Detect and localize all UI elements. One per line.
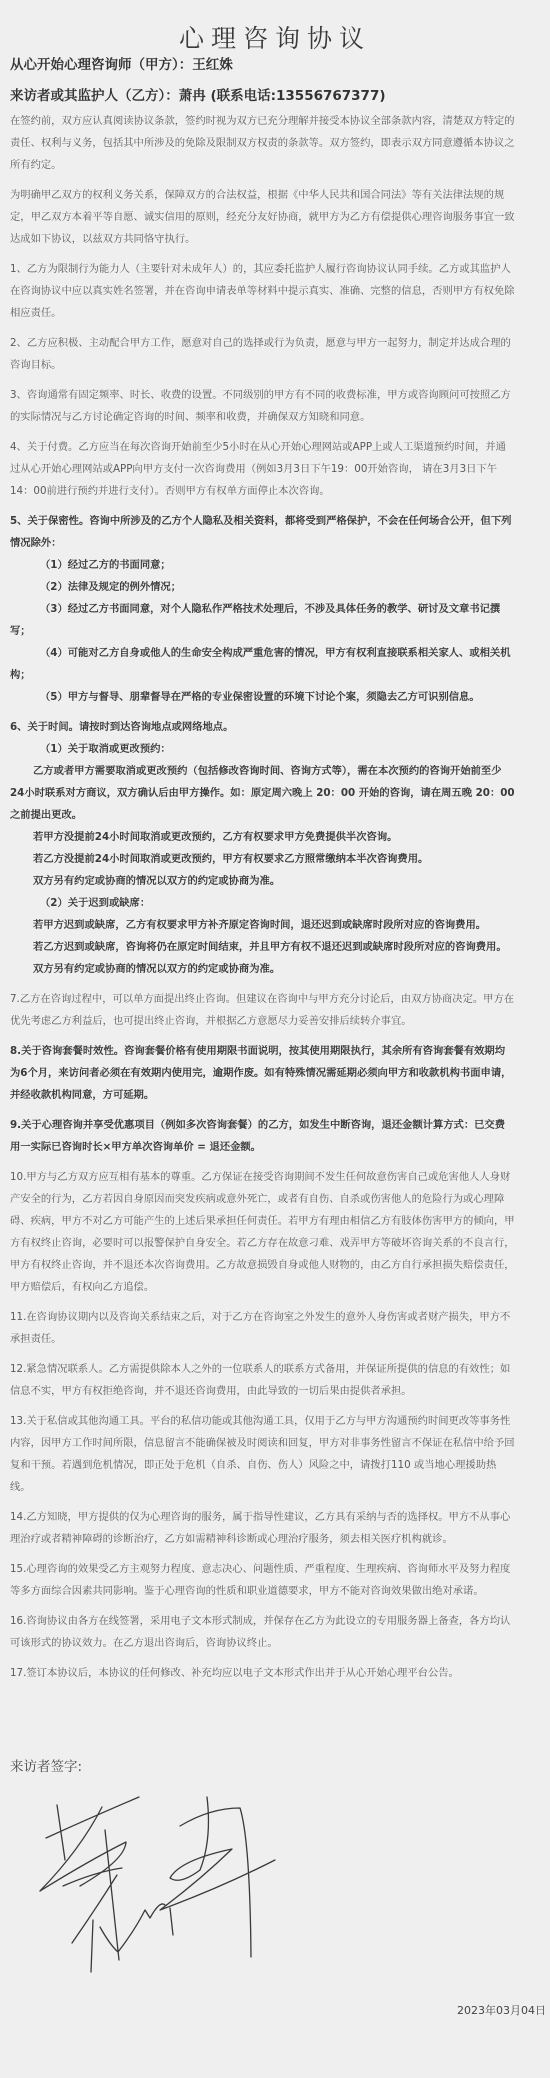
clause-6-sub2-line: 若甲方迟到或缺席，乙方有权要求甲方补齐原定咨询时间，退还迟到或缺席时段所对应的咨… [10,914,515,936]
clause-11: 11.在咨询协议期内以及咨询关系结束之后，对于乙方在咨询室之外发生的意外人身伤害… [10,1306,515,1350]
clause-2: 2、乙方应积极、主动配合甲方工作，愿意对自己的选择或行为负责，愿意与甲方一起努力… [10,332,515,376]
clause-6-heading: 6、关于时间。请按时到达咨询地点或网络地点。 [10,716,515,738]
clause-5-item: （5）甲方与督导、朋辈督导在严格的专业保密设置的环境下讨论个案，须隐去乙方可识别… [10,686,515,708]
party-a-label: 从心开始心理咨询师（甲方）： [10,57,192,73]
clause-6-sub1-line: 双方另有约定或协商的情况以双方的约定或协商为准。 [10,870,515,892]
clause-6-sub1-line: 若乙方没提前24小时间取消或更改预约，甲方有权要求乙方照常缴纳本半次咨询费用。 [10,848,515,870]
intro-paragraph: 为明确甲乙双方的权利义务关系，保障双方的合法权益，根据《中华人民共和国合同法》等… [10,184,515,250]
clause-14: 14.乙方知晓，甲方提供的仅为心理咨询的服务，属于指导性建议，乙方具有采纳与否的… [10,1506,515,1550]
signature-date: 2023年03月04日 [457,2002,546,2018]
clause-5-item: （1）经过乙方的书面同意； [10,554,515,576]
clause-16: 16.咨询协议由各方在线签署，采用电子文本形式制成，并保存在乙方为此设立的专用服… [10,1610,515,1654]
party-b-label: 来访者或其监护人（乙方）： [10,88,179,104]
clause-9: 9.关于心理咨询并享受优惠项目（例如多次咨询套餐）的乙方，如发生中断咨询，退还金… [10,1114,515,1158]
clause-6-sub2-line: 若乙方迟到或缺席，咨询将仍在原定时间结束，并且甲方有权不退还迟到或缺席时段所对应… [10,936,515,958]
party-a-line: 从心开始心理咨询师（甲方）：王红姝 [10,55,233,75]
clause-12: 12.紧急情况联系人。乙方需提供除本人之外的一位联系人的联系方式备用，并保证所提… [10,1358,515,1402]
intro-paragraph: 在签约前，双方应认真阅读协议条款，签约时视为双方已充分理解并接受本协议全部条款内… [10,110,515,176]
clause-5-heading: 5、关于保密性。咨询中所涉及的乙方个人隐私及相关资料，都将受到严格保护，不会在任… [10,510,515,554]
agreement-page: 心理咨询协议 从心开始心理咨询师（甲方）：王红姝 来访者或其监护人（乙方）：萧冉… [0,0,550,2078]
agreement-body: 在签约前，双方应认真阅读协议条款，签约时视为双方已充分理解并接受本协议全部条款内… [10,110,515,1692]
clause-10: 10.甲方与乙方双方应互相有基本的尊重。乙方保证在接受咨询期间不发生任何故意伤害… [10,1166,515,1298]
clause-6-sub1-title: （1）关于取消或更改预约： [10,738,515,760]
clause-5-item: （2）法律及规定的例外情况； [10,576,515,598]
clause-5-item: （3）经过乙方书面同意，对个人隐私作严格技术处理后，不涉及具体任务的教学、研讨及… [10,598,515,642]
clause-6-sub1-line: 乙方或者甲方需要取消或更改预约（包括修改咨询时间、咨询方式等），需在本次预约的咨… [10,760,515,826]
page-title: 心理咨询协议 [0,19,550,59]
clause-6-sub2-line: 双方另有约定或协商的情况以双方的约定或协商为准。 [10,958,515,980]
clause-6-sub1-line: 若甲方没提前24小时间取消或更改预约，乙方有权要求甲方免费提供半次咨询。 [10,826,515,848]
signature-label: 来访者签字: [10,1755,82,1775]
party-b-contact: (联系电话:13556767377) [210,88,385,104]
clause-17: 17.签订本协议后，本协议的任何修改、补充均应以电子文本形式作出并于从心开始心理… [10,1662,515,1684]
clause-8: 8.关于咨询套餐时效性。咨询套餐价格有使用期限书面说明，按其使用期限执行，其余所… [10,1040,515,1106]
clause-4: 4、关于付费。乙方应当在每次咨询开始前至少5小时在从心开始心理网站或APP上或人… [10,436,515,502]
clause-3: 3、咨询通常有固定频率、时长、收费的设置。不同级别的甲方有不同的收费标准，甲方或… [10,384,515,428]
clause-6-sub2-title: （2）关于迟到或缺席： [10,892,515,914]
party-b-name: 萧冉 [179,88,206,104]
clause-5-item: （4）可能对乙方自身或他人的生命安全构成严重危害的情况，甲方有权利直接联系相关家… [10,642,515,686]
party-b-line: 来访者或其监护人（乙方）：萧冉 (联系电话:13556767377) [10,86,386,106]
handwritten-signature-image [0,1780,300,1980]
clause-1: 1、乙方为限制行为能力人（主要针对未成年人）的，其应委托监护人履行咨询协议认同手… [10,258,515,324]
clause-15: 15.心理咨询的效果受乙方主观努力程度、意志决心、问题性质、严重程度、生理疾病、… [10,1558,515,1602]
clause-13: 13.关于私信或其他沟通工具。平台的私信功能或其他沟通工具，仅用于乙方与甲方沟通… [10,1410,515,1498]
clause-7: 7.乙方在咨询过程中，可以单方面提出终止咨询。但建议在咨询中与甲方充分讨论后，由… [10,988,515,1032]
party-a-name: 王红姝 [192,57,233,73]
